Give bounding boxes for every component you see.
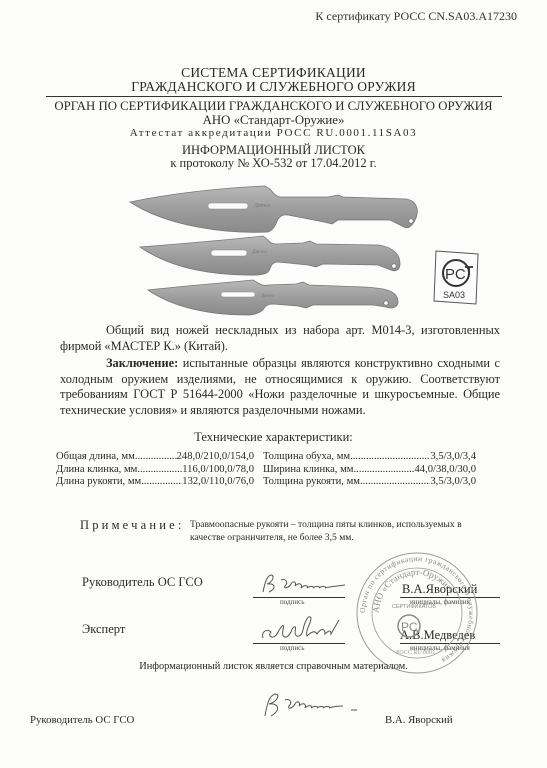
spec-value: 248,0/210,0/154,0 <box>177 451 254 464</box>
footer-head-role: Руководитель ОС ГСО <box>30 714 134 726</box>
general-view-paragraph: Общий вид ножей нескладных из набора арт… <box>60 323 500 354</box>
knives-photo: Дятел Дятел Дятел <box>128 172 438 322</box>
certificate-reference: К сертификату РОСС CN.SA03.A17230 <box>315 9 517 24</box>
spec-label: Общая длина, мм <box>56 451 135 464</box>
header-divider <box>46 96 502 97</box>
note-text: Травмоопасные рукояти – толщина пяты кли… <box>190 518 485 544</box>
spec-row: Ширина клинка, мм44,0/38,0/30,0 <box>263 464 476 477</box>
spec-label: Длина клинка, мм <box>56 464 137 477</box>
spec-label: Длина рукояти, мм <box>56 476 141 489</box>
footer-signature-icon <box>255 690 365 722</box>
reference-material-note: Информационный листок является справочны… <box>0 661 547 672</box>
spec-value: 3,5/3,0/3,4 <box>430 451 476 464</box>
svg-text:РС: РС <box>401 620 418 634</box>
svg-text:Дятел: Дятел <box>251 249 267 255</box>
specs-left-column: Общая длина, мм248,0/210,0/154,0 Длина к… <box>56 451 254 489</box>
spec-row: Общая длина, мм248,0/210,0/154,0 <box>56 451 254 464</box>
spec-value: 132,0/110,0/76,0 <box>182 476 254 489</box>
head-signature-icon <box>255 572 350 598</box>
svg-text:Дятел: Дятел <box>253 203 270 209</box>
knife-small: Дятел <box>148 280 398 315</box>
spec-label: Ширина клинка, мм <box>263 464 354 477</box>
expert-role-label: Эксперт <box>82 622 125 637</box>
specs-title: Технические характеристики: <box>0 430 547 445</box>
conclusion-paragraph: Заключение: испытанные образцы являются … <box>60 356 500 418</box>
svg-text:РС: РС <box>445 266 466 283</box>
conclusion-label: Заключение: <box>106 356 178 370</box>
svg-text:СЕРТИФИКАТОВ: СЕРТИФИКАТОВ <box>392 604 436 610</box>
certification-mark-icon: РС SA03 <box>432 248 480 306</box>
spec-value: 3,5/3,0/3,0 <box>430 476 476 489</box>
organization-ano: АНО «Стандарт-Оружие» <box>0 113 547 128</box>
knife-medium: Дятел <box>140 236 400 275</box>
protocol-reference: к протоколу № ХО-532 от 17.04.2012 г. <box>0 156 547 171</box>
spec-value: 116,0/100,0/78,0 <box>182 464 254 477</box>
specs-right-column: Толщина обуха, мм3,5/3,0/3,4 Ширина клин… <box>263 451 476 489</box>
signature-caption: подпись <box>280 644 304 652</box>
signature-caption: подпись <box>280 598 304 606</box>
spec-row: Толщина обуха, мм3,5/3,0/3,4 <box>263 451 476 464</box>
spec-row: Длина клинка, мм116,0/100,0/78,0 <box>56 464 254 477</box>
spec-row: Длина рукояти, мм132,0/110,0/76,0 <box>56 476 254 489</box>
accreditation-certificate: Аттестат аккредитации РОСС RU.0001.11SA0… <box>0 127 547 139</box>
spec-value: 44,0/38,0/30,0 <box>414 464 476 477</box>
note-label: Примечание: <box>80 518 185 533</box>
spec-row: Толщина рукояти, мм3,5/3,0/3,0 <box>263 476 476 489</box>
knife-large: Дятел <box>130 186 417 232</box>
svg-text:SA03: SA03 <box>443 290 465 300</box>
svg-text:Дятел: Дятел <box>260 294 274 299</box>
svg-text:РОСС RU.0001: РОСС RU.0001 <box>396 650 435 656</box>
organization-name: ОРГАН ПО СЕРТИФИКАЦИИ ГРАЖДАНСКОГО И СЛУ… <box>0 99 547 114</box>
footer-head-name: В.А. Яворский <box>385 714 453 726</box>
general-view-text: Общий вид ножей нескладных из набора арт… <box>60 323 500 353</box>
spec-label: Толщина обуха, мм <box>263 451 350 464</box>
spec-label: Толщина рукояти, мм <box>263 476 360 489</box>
system-title-line2: ГРАЖДАНСКОГО И СЛУЖЕБНОГО ОРУЖИЯ <box>0 79 547 95</box>
expert-signature-icon <box>255 610 350 644</box>
head-role-label: Руководитель ОС ГСО <box>82 575 203 590</box>
official-stamp-icon: Орган по сертификации гражданского и слу… <box>352 548 482 678</box>
